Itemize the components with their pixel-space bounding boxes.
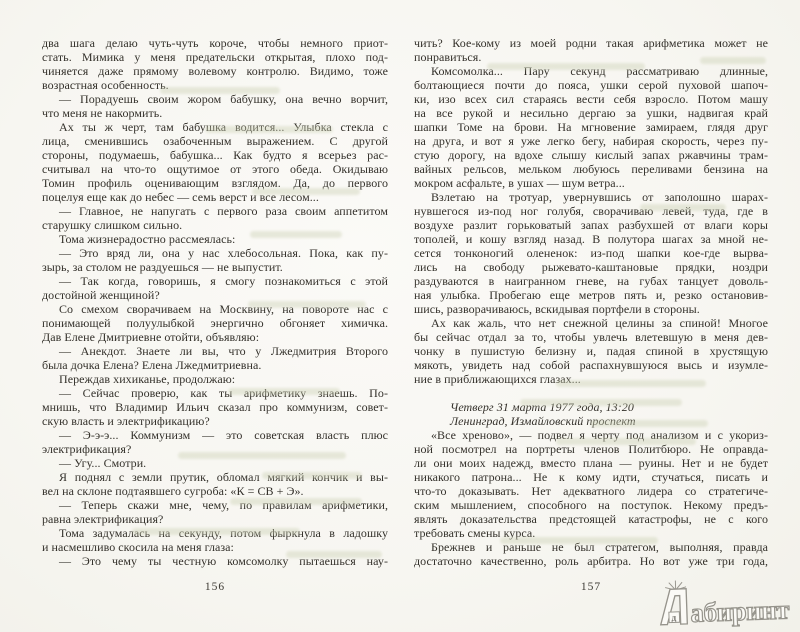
text-line: мнишь, что Владимир Ильич сказал про ком… — [42, 400, 388, 414]
text-line: — Порадуешь своим жором бабушку, она веч… — [42, 92, 388, 106]
show-through-mark — [178, 452, 346, 459]
show-through-mark — [640, 204, 726, 211]
text-line: стую дорогу, на вдохе слышу кислый запах… — [414, 148, 768, 162]
show-through-mark — [700, 57, 766, 64]
text-line: вайных рельсов, мельком любуюсь перелива… — [414, 162, 768, 176]
text-line: шапки Томе на брови. На мгновение замира… — [414, 120, 768, 134]
text-line: чить? Кое-кому из моей родни такая арифм… — [414, 36, 768, 50]
text-line: Взлетаю на тротуар, увернувшись от запол… — [414, 190, 768, 204]
text-line: бы сейчас отдал за то, чтобы увлечь влет… — [414, 330, 768, 344]
right-page: чить? Кое-кому из моей родни такая арифм… — [414, 36, 768, 593]
text-line: Дав Елене Дмитриевне отойти, объявляю: — [42, 330, 388, 344]
text-line: достойной женщиной? — [42, 288, 388, 302]
text-line: мякоть, увидеть над собой распахнувшуюся… — [414, 358, 768, 372]
text-line: равна электрификация? — [42, 512, 388, 526]
text-line: сется тонконогий олененок: из-под шапки … — [414, 246, 768, 260]
show-through-mark — [252, 188, 360, 195]
show-through-mark — [487, 63, 645, 70]
text-line: чонку в пушистую белизну и, падая спиной… — [414, 344, 768, 358]
show-through-mark — [556, 380, 706, 387]
text-line: — Так когда, говоришь, я смогу познакоми… — [42, 274, 388, 288]
show-through-mark — [205, 126, 333, 133]
svg-text:д: д — [671, 613, 676, 623]
show-through-mark — [160, 87, 280, 94]
text-line: шись, разворачиваюсь, вскидывая портфели… — [414, 302, 768, 316]
text-line: старушку слишком сильно. — [42, 218, 388, 232]
text-line: ки, изо всех сил стараясь вести себя взр… — [414, 92, 768, 106]
text-line: раздуваются в наигранном гневе, на губах… — [414, 274, 768, 288]
text-line: вел на склоне подтаявшего сугроба: «К = … — [42, 484, 388, 498]
text-line: была дочка Елена? Елена Лжедмитриевна. — [42, 358, 388, 372]
labirint-watermark: д абиринт — [656, 575, 789, 628]
text-line: на все рукой и несильно дергаю за ушки, … — [414, 106, 768, 120]
text-line: что-то доказывать. Нет адекватного лидер… — [414, 484, 768, 498]
show-through-mark — [230, 498, 362, 505]
text-line: воздухе разлит горьковатый запах разбухш… — [414, 218, 768, 232]
text-line: болтающиеся почти до пояса, ушки серой п… — [414, 78, 768, 92]
text-line: достаточно качественно, роль арбитра. Но… — [414, 554, 768, 568]
text-line: зырь, за столом не раздуешься — не выпус… — [42, 260, 388, 274]
text-line: ная улыбка. Пробегаю еще метров пять и, … — [414, 288, 768, 302]
text-line: лись на свободу рыжевато-каштановые пряд… — [414, 260, 768, 274]
text-line: на друга, и вот я уже легко бегу, набира… — [414, 134, 768, 148]
text-line: Переждав хихиканье, продолжаю: — [42, 372, 388, 386]
show-through-mark — [500, 537, 658, 544]
text-line: стать. Мимика у меня предательски открыт… — [42, 50, 388, 64]
text-line: Ах как жаль, что нет снежной целины за с… — [414, 316, 768, 330]
text-line: являть доказательства предстоящей катаст… — [414, 512, 768, 526]
text-line: тополей, и кошу взгляд назад. В полутора… — [414, 232, 768, 246]
text-line: — Главное, не напугать с первого раза св… — [42, 204, 388, 218]
text-line: понимающей полуулыбкой энергично обгоняе… — [42, 316, 388, 330]
text-line: мокром асфальте, в ушах — шум ветра... — [414, 176, 768, 190]
text-line: — Это вряд ли, она у нас хлебосольная. П… — [42, 246, 388, 260]
text-line: — Анекдот. Знаете ли вы, что у Лжедмитри… — [42, 344, 388, 358]
show-through-mark — [250, 231, 342, 238]
text-line: ли они моих надежд, вместо плана — руины… — [414, 456, 768, 470]
text-line: считывал на что-то ощутимое от этого обе… — [42, 162, 388, 176]
text-line: скую власть и электрификацию? — [42, 414, 388, 428]
labirint-watermark-text: абиринт — [690, 596, 789, 626]
show-through-mark — [286, 551, 382, 558]
show-through-mark — [262, 472, 362, 479]
text-line: никакого патрона... Не к кому идти, стуч… — [414, 470, 768, 484]
left-page-number: 156 — [42, 581, 388, 593]
text-line: чиняется даже прямому волевому контролю.… — [42, 64, 388, 78]
right-page-text: чить? Кое-кому из моей родни такая арифм… — [414, 36, 768, 568]
text-line: стороны, подумаешь, бабушка... Как будто… — [42, 148, 388, 162]
text-line: — Э-э-э... Коммунизм — это советская вла… — [42, 428, 388, 442]
show-through-mark — [248, 301, 366, 308]
show-through-mark — [132, 528, 300, 535]
book-spread: два шага делаю чуть-чуть короче, чтобы н… — [0, 0, 800, 632]
show-through-mark — [520, 399, 682, 406]
text-line: ским мышлением, способного на поступок. … — [414, 498, 768, 512]
show-through-mark — [590, 420, 708, 427]
left-page: два шага делаю чуть-чуть короче, чтобы н… — [42, 36, 388, 593]
show-through-mark — [228, 388, 340, 395]
show-through-mark — [556, 438, 696, 445]
text-line: лица, сменившись озабоченным выражением.… — [42, 134, 388, 148]
text-line: два шага делаю чуть-чуть короче, чтобы н… — [42, 36, 388, 50]
text-line: что меня не накормить. — [42, 106, 388, 120]
